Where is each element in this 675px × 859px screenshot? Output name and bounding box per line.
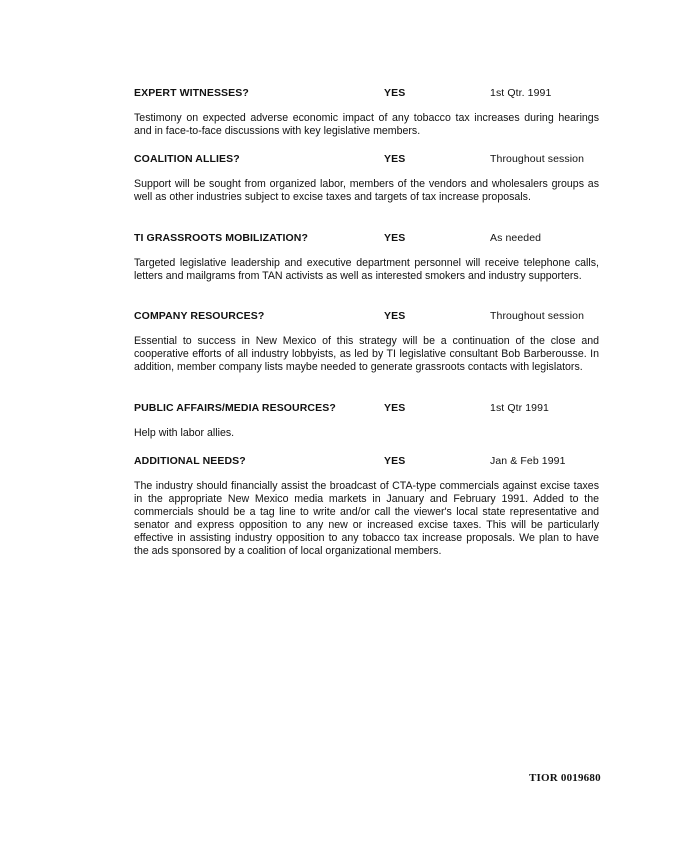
section-heading-row: ADDITIONAL NEEDS? YES Jan & Feb 1991 [134, 454, 599, 468]
section-heading-row: PUBLIC AFFAIRS/MEDIA RESOURCES? YES 1st … [134, 401, 599, 415]
section-body: Support will be sought from organized la… [134, 178, 599, 204]
section-body: Essential to success in New Mexico of th… [134, 335, 599, 374]
section-answer: YES [384, 309, 405, 323]
section-additional-needs: ADDITIONAL NEEDS? YES Jan & Feb 1991 The… [134, 454, 599, 557]
section-body: Help with labor allies. [134, 427, 599, 440]
section-label: TI GRASSROOTS MOBILIZATION? [134, 231, 308, 245]
section-answer: YES [384, 86, 405, 100]
section-heading-row: COALITION ALLIES? YES Throughout session [134, 152, 599, 166]
section-label: EXPERT WITNESSES? [134, 86, 249, 100]
section-public-affairs-media: PUBLIC AFFAIRS/MEDIA RESOURCES? YES 1st … [134, 401, 599, 440]
section-body: Testimony on expected adverse economic i… [134, 112, 599, 138]
section-timing: Throughout session [490, 309, 584, 323]
section-body: Targeted legislative leadership and exec… [134, 257, 599, 283]
section-answer: YES [384, 401, 405, 415]
section-timing: As needed [490, 231, 541, 245]
section-heading-row: COMPANY RESOURCES? YES Throughout sessio… [134, 309, 599, 323]
section-label: ADDITIONAL NEEDS? [134, 454, 246, 468]
section-label: COMPANY RESOURCES? [134, 309, 264, 323]
document-id-stamp: TIOR 0019680 [529, 772, 601, 784]
section-expert-witnesses: EXPERT WITNESSES? YES 1st Qtr. 1991 Test… [134, 86, 599, 138]
section-answer: YES [384, 454, 405, 468]
section-grassroots-mobilization: TI GRASSROOTS MOBILIZATION? YES As neede… [134, 231, 599, 283]
section-label: PUBLIC AFFAIRS/MEDIA RESOURCES? [134, 401, 336, 415]
document-page: EXPERT WITNESSES? YES 1st Qtr. 1991 Test… [0, 0, 675, 859]
section-company-resources: COMPANY RESOURCES? YES Throughout sessio… [134, 309, 599, 374]
section-timing: 1st Qtr 1991 [490, 401, 549, 415]
section-answer: YES [384, 152, 405, 166]
section-coalition-allies: COALITION ALLIES? YES Throughout session… [134, 152, 599, 204]
section-timing: Throughout session [490, 152, 584, 166]
section-timing: Jan & Feb 1991 [490, 454, 566, 468]
section-timing: 1st Qtr. 1991 [490, 86, 551, 100]
section-answer: YES [384, 231, 405, 245]
section-heading-row: TI GRASSROOTS MOBILIZATION? YES As neede… [134, 231, 599, 245]
section-label: COALITION ALLIES? [134, 152, 240, 166]
section-heading-row: EXPERT WITNESSES? YES 1st Qtr. 1991 [134, 86, 599, 100]
section-body: The industry should financially assist t… [134, 480, 599, 557]
